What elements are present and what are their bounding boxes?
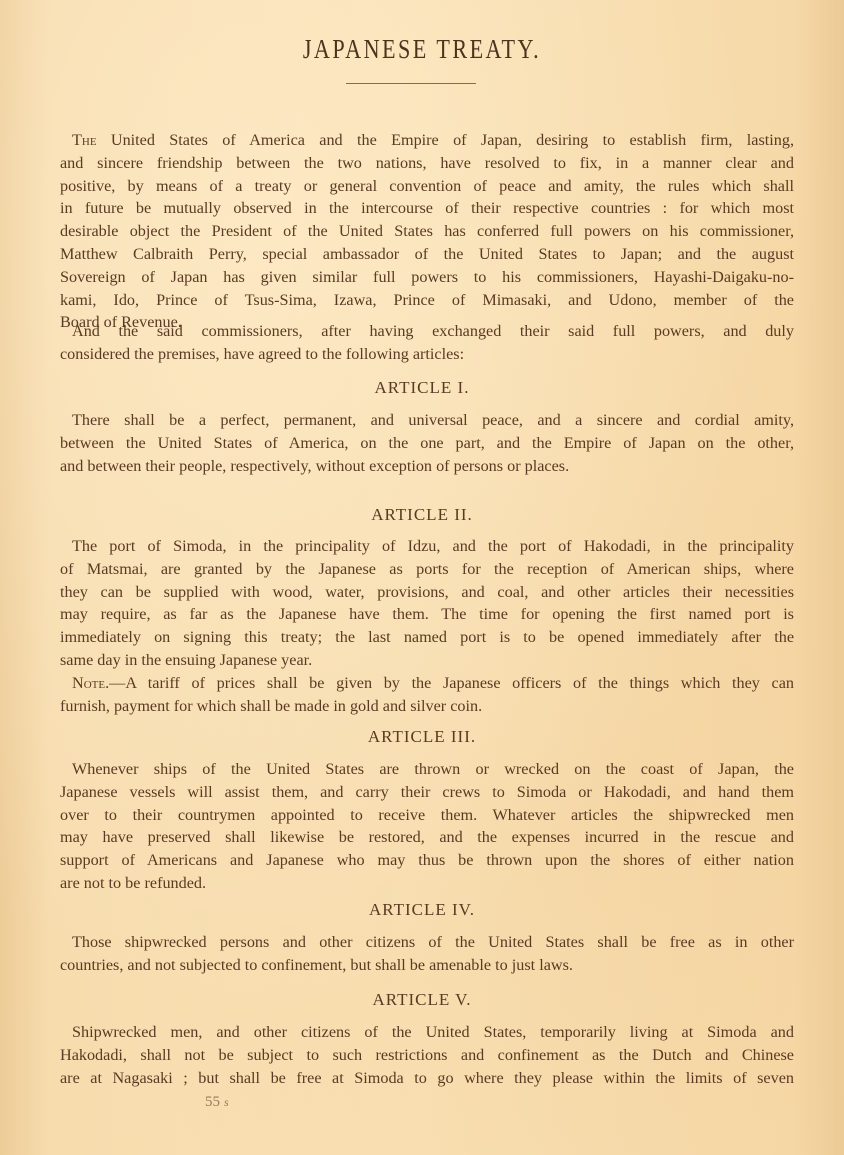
article-5-heading: ARTICLE V. <box>0 990 844 1010</box>
preamble-line: kami, Ido, Prince of Tsus-Sima, Izawa, P… <box>60 289 794 312</box>
preamble-line: The United States of America and the Emp… <box>60 129 794 152</box>
article-line: Japanese vessels will assist them, and c… <box>60 781 794 804</box>
article-line: countries, and not subjected to confinem… <box>60 954 794 977</box>
page-number: 55 <box>205 1094 220 1110</box>
article-line: Shipwrecked men, and other citizens of t… <box>60 1021 794 1044</box>
article-line: and between their people, respectively, … <box>60 455 794 478</box>
article-line: are not to be refunded. <box>60 872 794 895</box>
preamble-paragraph: The United States of America and the Emp… <box>60 129 794 334</box>
preamble-line: desirable object the President of the Un… <box>60 220 794 243</box>
article-line: Whenever ships of the United States are … <box>60 758 794 781</box>
article-line: support of Americans and Japanese who ma… <box>60 849 794 872</box>
article-2-text: The port of Simoda, in the principality … <box>60 535 794 717</box>
agreement-line: considered the premises, have agreed to … <box>60 343 794 366</box>
note-lead: Note. <box>72 674 109 692</box>
article-line: There shall be a perfect, permanent, and… <box>60 409 794 432</box>
page-folio: 55s <box>205 1094 229 1111</box>
article-4-text: Those shipwrecked persons and other citi… <box>60 931 794 977</box>
article-line: are at Nagasaki ; but shall be free at S… <box>60 1067 794 1090</box>
article-3-text: Whenever ships of the United States are … <box>60 758 794 895</box>
agreement-line: And the said commissioners, after having… <box>60 320 794 343</box>
article-line: between the United States of America, on… <box>60 432 794 455</box>
preamble-line: in future be mutually observed in the in… <box>60 197 794 220</box>
page-title: JAPANESE TREATY. <box>76 34 768 65</box>
preamble-line: Matthew Calbraith Perry, special ambassa… <box>60 243 794 266</box>
article-line: may have preserved shall likewise be res… <box>60 826 794 849</box>
preamble-line: positive, by means of a treaty or genera… <box>60 175 794 198</box>
document-page: JAPANESE TREATY. The United States of Am… <box>0 0 844 1155</box>
preamble-line: Sovereign of Japan has given similar ful… <box>60 266 794 289</box>
article-line: Hakodadi, shall not be subject to such r… <box>60 1044 794 1067</box>
article-line: immediately on signing this treaty; the … <box>60 626 794 649</box>
article-3-heading: ARTICLE III. <box>0 727 844 747</box>
article-4-heading: ARTICLE IV. <box>0 900 844 920</box>
article-line: The port of Simoda, in the principality … <box>60 535 794 558</box>
article-5-text: Shipwrecked men, and other citizens of t… <box>60 1021 794 1089</box>
article-line: Those shipwrecked persons and other citi… <box>60 931 794 954</box>
article-2-heading: ARTICLE II. <box>0 505 844 525</box>
article-line: they can be supplied with wood, water, p… <box>60 581 794 604</box>
article-1-text: There shall be a perfect, permanent, and… <box>60 409 794 477</box>
article-line: of Matsmai, are granted by the Japanese … <box>60 558 794 581</box>
title-rule <box>346 83 476 84</box>
signature-mark: s <box>224 1095 229 1109</box>
preamble-line: and sincere friendship between the two n… <box>60 152 794 175</box>
article-line: over to their countrymen appointed to re… <box>60 804 794 827</box>
note-line: furnish, payment for which shall be made… <box>60 695 794 718</box>
article-1-heading: ARTICLE I. <box>0 378 844 398</box>
article-line: same day in the ensuing Japanese year. <box>60 649 794 672</box>
article-line: may require, as far as the Japanese have… <box>60 603 794 626</box>
preamble-lead: The <box>72 131 97 149</box>
agreement-paragraph: And the said commissioners, after having… <box>60 320 794 366</box>
note-line: Note.—A tariff of prices shall be given … <box>60 672 794 695</box>
